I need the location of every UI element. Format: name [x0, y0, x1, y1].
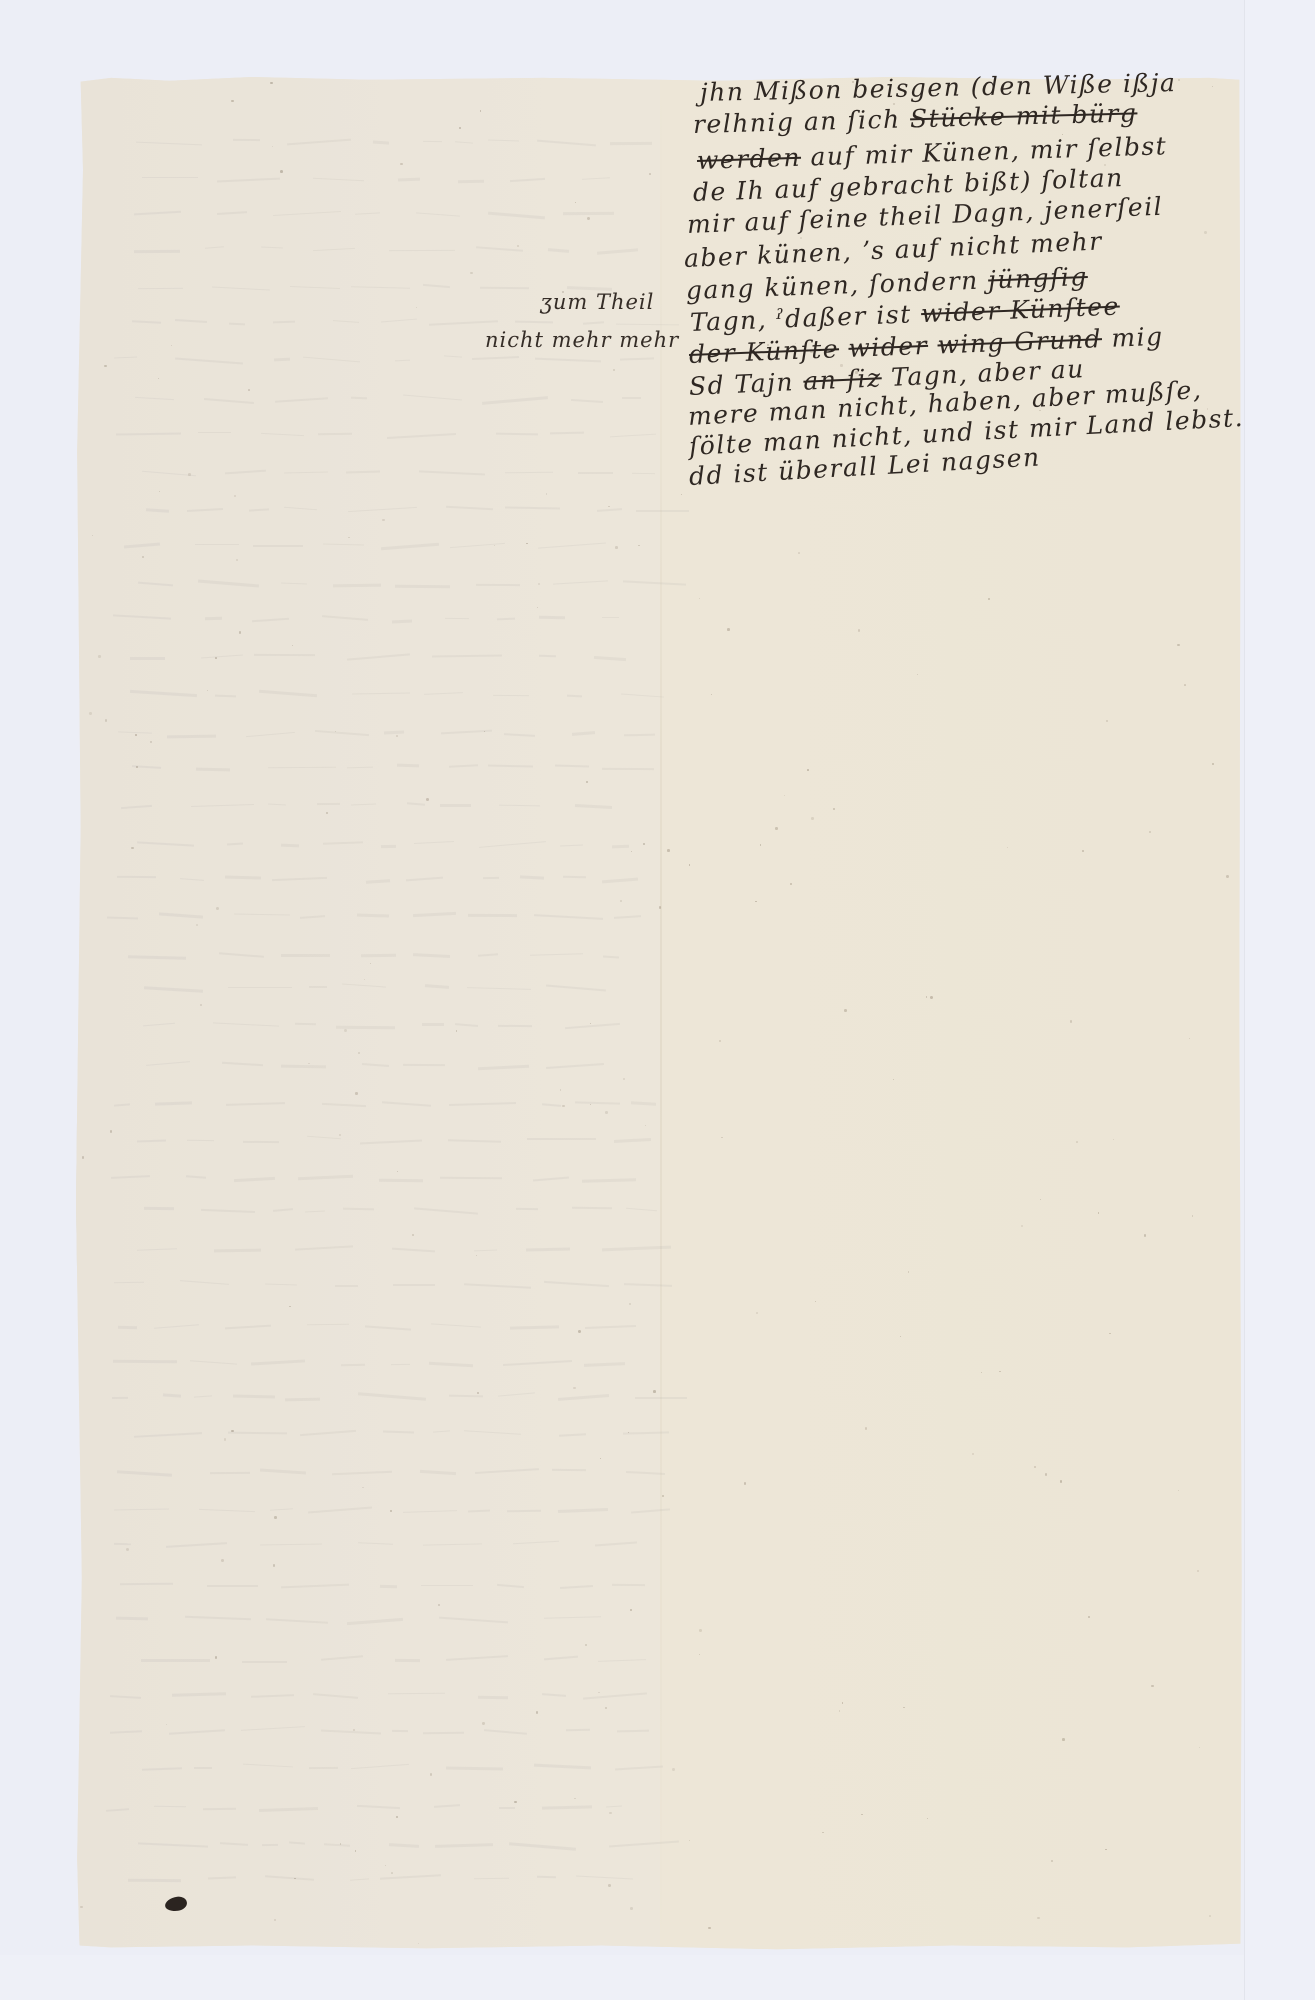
struck-word: jüngſig [988, 262, 1089, 294]
struck-word: Stücke mit bürg [910, 98, 1138, 133]
struck-word: wider [848, 331, 929, 363]
scanner-backdrop-right [1244, 0, 1315, 2000]
sheet-left-half [76, 76, 660, 1953]
word: relhnig an ſich [693, 104, 911, 139]
handwritten-line: ʒum Theil [540, 290, 654, 314]
word: mehr [612, 328, 680, 352]
handwritten-line: nicht mehr mehr [485, 328, 679, 352]
word: mig [1101, 322, 1164, 353]
struck-word: werden [697, 143, 802, 175]
struck-word: an ſiz [803, 363, 883, 396]
word: ʒum Theil [540, 290, 654, 314]
center-fold [660, 76, 662, 1953]
scanner-backdrop-bottom [0, 1955, 1244, 2000]
struck-word: nicht mehr [485, 328, 612, 352]
struck-word: der Künſte [688, 334, 839, 369]
